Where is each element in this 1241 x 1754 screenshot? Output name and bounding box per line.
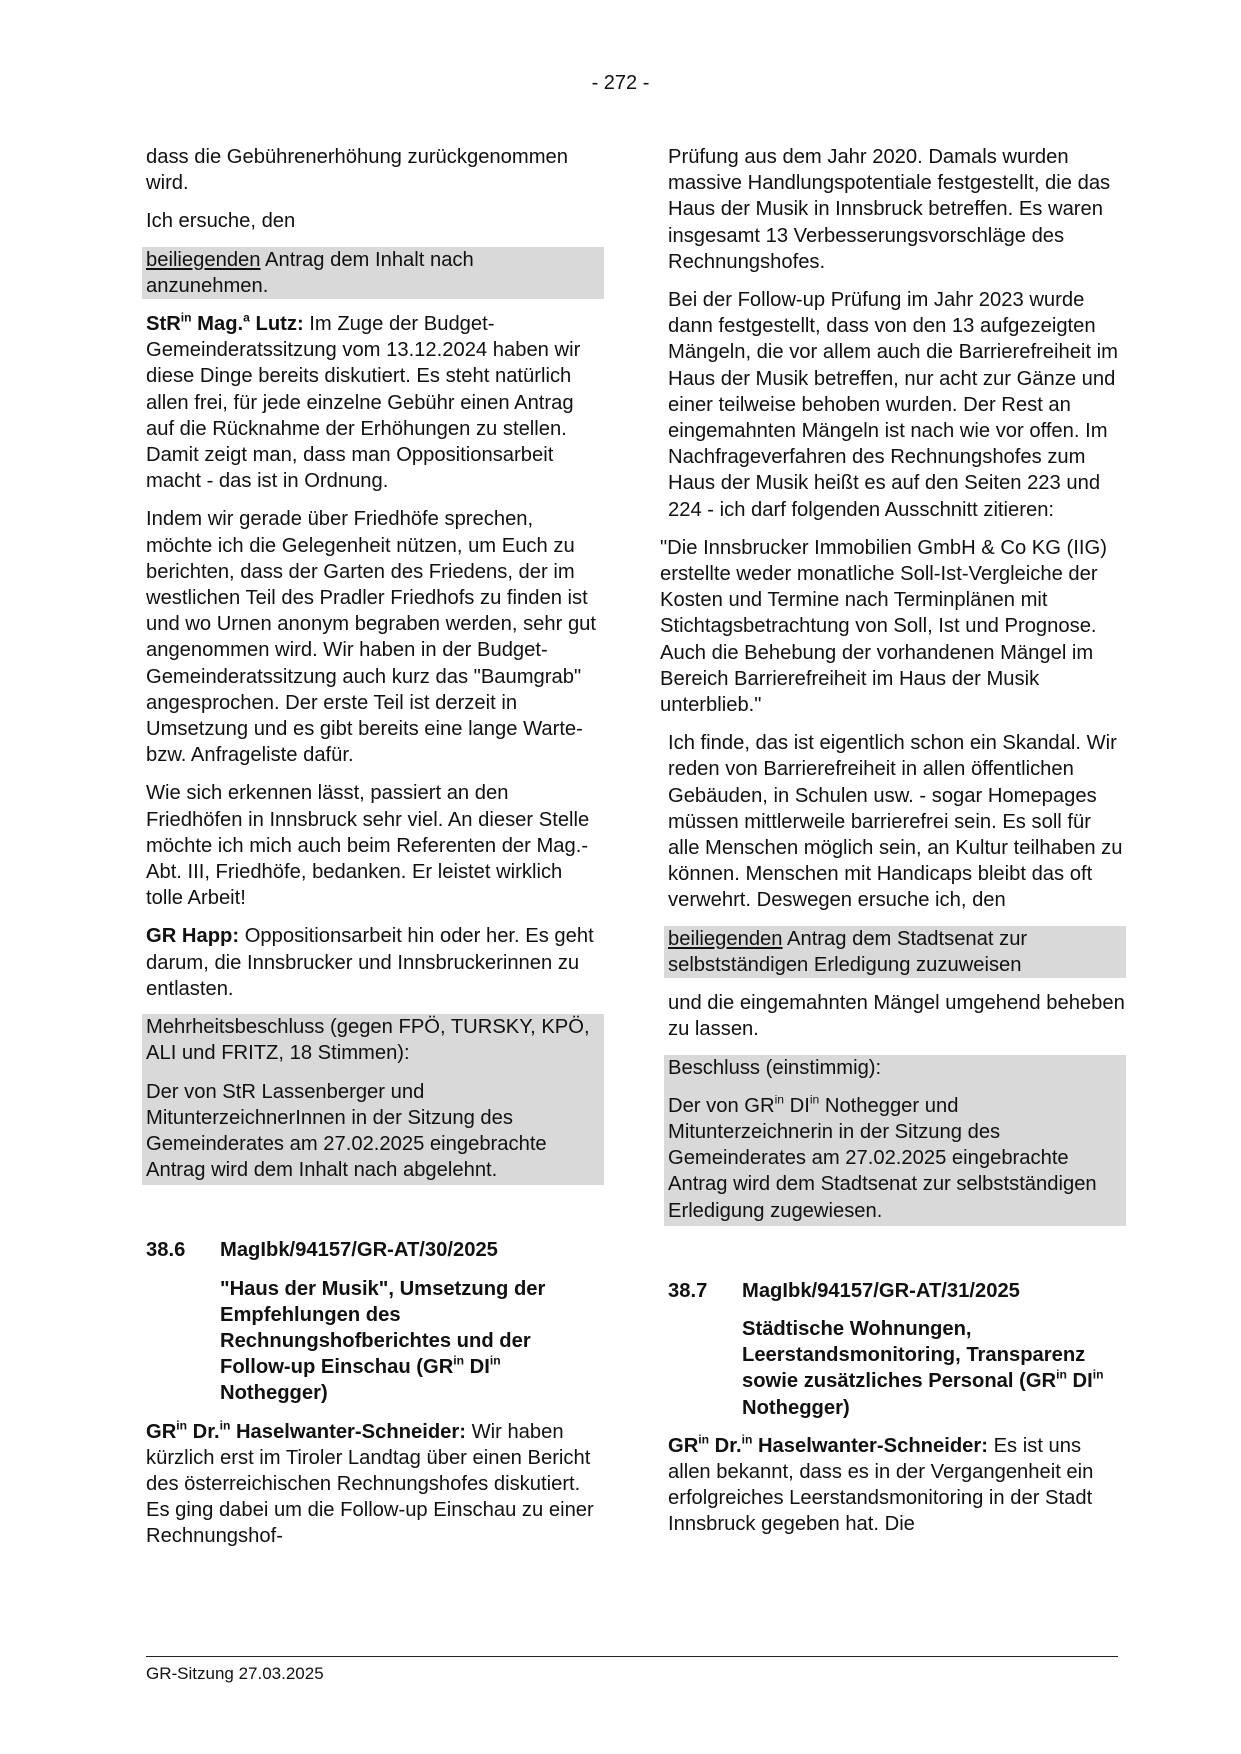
page-number: - 272 - — [0, 72, 1241, 95]
speech-lutz: StRin Mag.a Lutz: Im Zuge der Budget-Gem… — [146, 311, 604, 494]
speaker-name: GR Happ: — [146, 925, 239, 947]
paragraph: dass die Gebührenerhöhung zurückgenommen… — [146, 144, 604, 196]
speaker-name: GRin Dr.in Haselwanter-Schneider: — [668, 1435, 988, 1457]
quotation: "Die Innsbrucker Immobilien GmbH & Co KG… — [660, 535, 1126, 718]
motion-request: beiliegenden Antrag dem Inhalt nach anzu… — [142, 247, 604, 299]
paragraph: Bei der Follow-up Prüfung im Jahr 2023 w… — [668, 287, 1126, 523]
paragraph: Ich finde, das ist eigentlich schon ein … — [668, 730, 1126, 913]
resolution-block: Mehrheitsbeschluss (gegen FPÖ, TURSKY, K… — [142, 1014, 604, 1185]
item-title: Städtische Wohnungen, Leerstandsmonitori… — [668, 1316, 1126, 1421]
resolution-text: Der von StR Lassenberger und Mitunterzei… — [146, 1079, 600, 1184]
left-column: dass die Gebührenerhöhung zurückgenommen… — [146, 144, 604, 1562]
right-column: Prüfung aus dem Jahr 2020. Damals wurden… — [668, 144, 1126, 1550]
paragraph: Ich ersuche, den — [146, 208, 604, 234]
speaker-name: StRin Mag.a Lutz: — [146, 313, 304, 335]
paragraph: und die eingemahnten Mängel umgehend beh… — [668, 990, 1126, 1042]
paragraph: Prüfung aus dem Jahr 2020. Damals wurden… — [668, 144, 1126, 275]
agenda-item-38-6: 38.6 MagIbk/94157/GR-AT/30/2025 "Haus de… — [146, 1237, 604, 1406]
footer-divider — [146, 1656, 1118, 1657]
item-title: "Haus der Musik", Umsetzung der Empfehlu… — [146, 1276, 604, 1407]
agenda-item-38-7: 38.7 MagIbk/94157/GR-AT/31/2025 Städtisc… — [668, 1278, 1126, 1421]
resolution-text: Der von GRin DIin Nothegger und Mitunter… — [668, 1093, 1122, 1224]
speech-haselwanter-schneider: GRin Dr.in Haselwanter-Schneider: Wir ha… — [146, 1419, 604, 1550]
paragraph: Wie sich erkennen lässt, passiert an den… — [146, 780, 604, 911]
paragraph: Indem wir gerade über Friedhöfe sprechen… — [146, 506, 604, 768]
attachment-link: beiliegenden — [146, 249, 261, 271]
item-number: 38.7 — [668, 1278, 707, 1304]
speech-text: Im Zuge der Budget-Gemeinderatssitzung v… — [146, 313, 580, 492]
speaker-name: GRin Dr.in Haselwanter-Schneider: — [146, 1421, 466, 1443]
motion-request: beiliegenden Antrag dem Stadtsenat zur s… — [664, 926, 1126, 978]
speech-happ: GR Happ: Oppositionsarbeit hin oder her.… — [146, 923, 604, 1002]
speech-haselwanter-schneider: GRin Dr.in Haselwanter-Schneider: Es ist… — [668, 1433, 1126, 1538]
resolution-title: Beschluss (einstimmig): — [668, 1055, 1122, 1093]
item-number: 38.6 — [146, 1237, 185, 1263]
attachment-link: beiliegenden — [668, 928, 783, 950]
item-reference: MagIbk/94157/GR-AT/30/2025 — [146, 1237, 604, 1263]
footer-session-label: GR-Sitzung 27.03.2025 — [146, 1664, 324, 1684]
resolution-block: Beschluss (einstimmig): Der von GRin DIi… — [664, 1055, 1126, 1226]
item-reference: MagIbk/94157/GR-AT/31/2025 — [668, 1278, 1126, 1304]
resolution-title: Mehrheitsbeschluss (gegen FPÖ, TURSKY, K… — [146, 1014, 600, 1078]
